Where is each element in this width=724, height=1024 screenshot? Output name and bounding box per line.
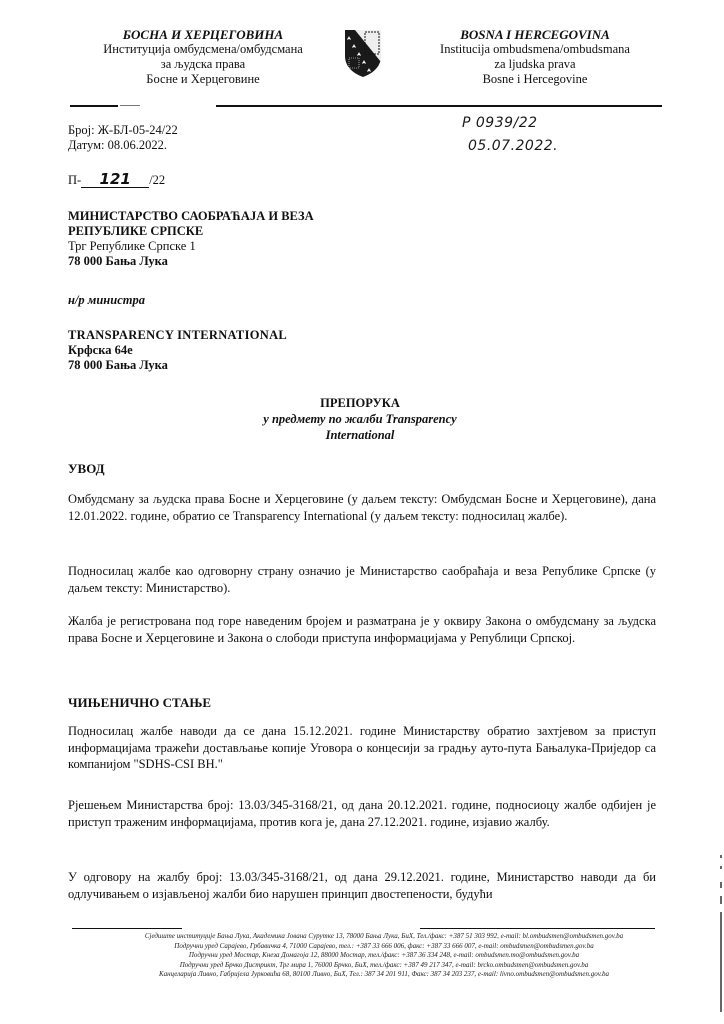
- letterhead-left-line: Институција омбудсмена/омбудсмана: [68, 42, 338, 57]
- scan-edge-mark: [720, 855, 722, 858]
- letterhead-right-title: BOSNA I HERCEGOVINA: [410, 27, 660, 42]
- paragraph: Омбудсману за људска права Босне и Херце…: [68, 491, 656, 524]
- paragraph: Рјешењем Министарства број: 13.03/345-31…: [68, 797, 656, 830]
- footer-rule-left: [72, 928, 182, 929]
- paragraph: Подносилац жалбе као одговорну страну оз…: [68, 563, 656, 596]
- footer-line: Подручни уред Брчко Дистрикт, Трг мира 1…: [64, 961, 704, 971]
- scan-edge-mark: [720, 882, 722, 888]
- letterhead-left: БОСНА И ХЕРЦЕГОВИНА Институција омбудсме…: [68, 27, 338, 87]
- letterhead-left-title: БОСНА И ХЕРЦЕГОВИНА: [68, 27, 338, 42]
- footer-line: Подручни уред Мостар, Кнеза Домагоја 12,…: [64, 951, 704, 961]
- p-number-handwritten: 121: [81, 171, 149, 188]
- footer-rule-right: [420, 928, 655, 929]
- document-title: ПРЕПОРУКА у предмету по жалби Transparen…: [200, 395, 520, 443]
- title-main: ПРЕПОРУКА: [200, 395, 520, 411]
- recipient-transparency: TRANSPARENCY INTERNATIONAL Крфска 64е 78…: [68, 328, 287, 373]
- paragraph: Подносилац жалбе наводи да се дана 15.12…: [68, 723, 656, 773]
- scan-edge-mark: [720, 896, 722, 904]
- section-heading-intro: УВОД: [68, 461, 105, 477]
- header-rule-right: [216, 105, 662, 107]
- letterhead-right-line: za ljudska prava: [410, 57, 660, 72]
- header-rule-left: [70, 105, 118, 107]
- letterhead-right: BOSNA I HERCEGOVINA Institucija ombudsme…: [410, 27, 660, 87]
- header-rule-left-dots: [120, 105, 140, 106]
- scan-edge-mark: [720, 912, 722, 1012]
- letterhead-right-line: Bosne i Hercegovine: [410, 72, 660, 87]
- title-sub: International: [200, 427, 520, 443]
- recipient-ministry: МИНИСТАРСТВО САОБРАЋАЈА И ВЕЗА РЕПУБЛИКЕ…: [68, 209, 314, 269]
- handwritten-registry-date: 05.07.2022.: [468, 138, 558, 154]
- p-prefix: П-: [68, 173, 81, 188]
- p-number-field: П- 121 /22: [68, 171, 165, 188]
- recipient-city: 78 000 Бања Лука: [68, 358, 287, 373]
- recipient-address: Крфска 64е: [68, 343, 287, 358]
- section-heading-facts: ЧИЊЕНИЧНО СТАЊЕ: [68, 695, 211, 711]
- letterhead-right-line: Institucija ombudsmena/ombudsmana: [410, 42, 660, 57]
- coat-of-arms-icon: [343, 28, 383, 78]
- recipient-address: Трг Републике Српске 1: [68, 239, 314, 254]
- recipient-name: МИНИСТАРСТВО САОБРАЋАЈА И ВЕЗА: [68, 209, 314, 224]
- letterhead-left-line: за људска права: [68, 57, 338, 72]
- letterhead-left-line: Босне и Херцеговине: [68, 72, 338, 87]
- scan-edge-mark: [720, 866, 722, 869]
- title-sub: у предмету по жалби Transparency: [200, 411, 520, 427]
- attention-line: н/р министра: [68, 293, 145, 308]
- footer-contacts: Сједиште институције Бања Лука, Академик…: [64, 932, 704, 980]
- footer-line: Канцеларија Ливно, Габријела Јурковића 6…: [64, 970, 704, 980]
- recipient-city: 78 000 Бања Лука: [68, 254, 314, 269]
- recipient-name: TRANSPARENCY INTERNATIONAL: [68, 328, 287, 343]
- footer-line: Сједиште институције Бања Лука, Академик…: [64, 932, 704, 942]
- footer-line: Подручни уред Сарајево, Грбавичка 4, 710…: [64, 942, 704, 952]
- reference-block: Број: Ж-БЛ-05-24/22 Датум: 08.06.2022.: [68, 123, 178, 153]
- recipient-name: РЕПУБЛИКЕ СРПСКЕ: [68, 224, 314, 239]
- handwritten-registry-number: P 0939/22: [462, 115, 538, 131]
- reference-date: Датум: 08.06.2022.: [68, 138, 178, 153]
- paragraph: У одговору на жалбу број: 13.03/345-3168…: [68, 869, 656, 902]
- reference-number: Број: Ж-БЛ-05-24/22: [68, 123, 178, 138]
- paragraph: Жалба је регистрована под горе наведеним…: [68, 613, 656, 646]
- p-suffix: /22: [149, 173, 165, 188]
